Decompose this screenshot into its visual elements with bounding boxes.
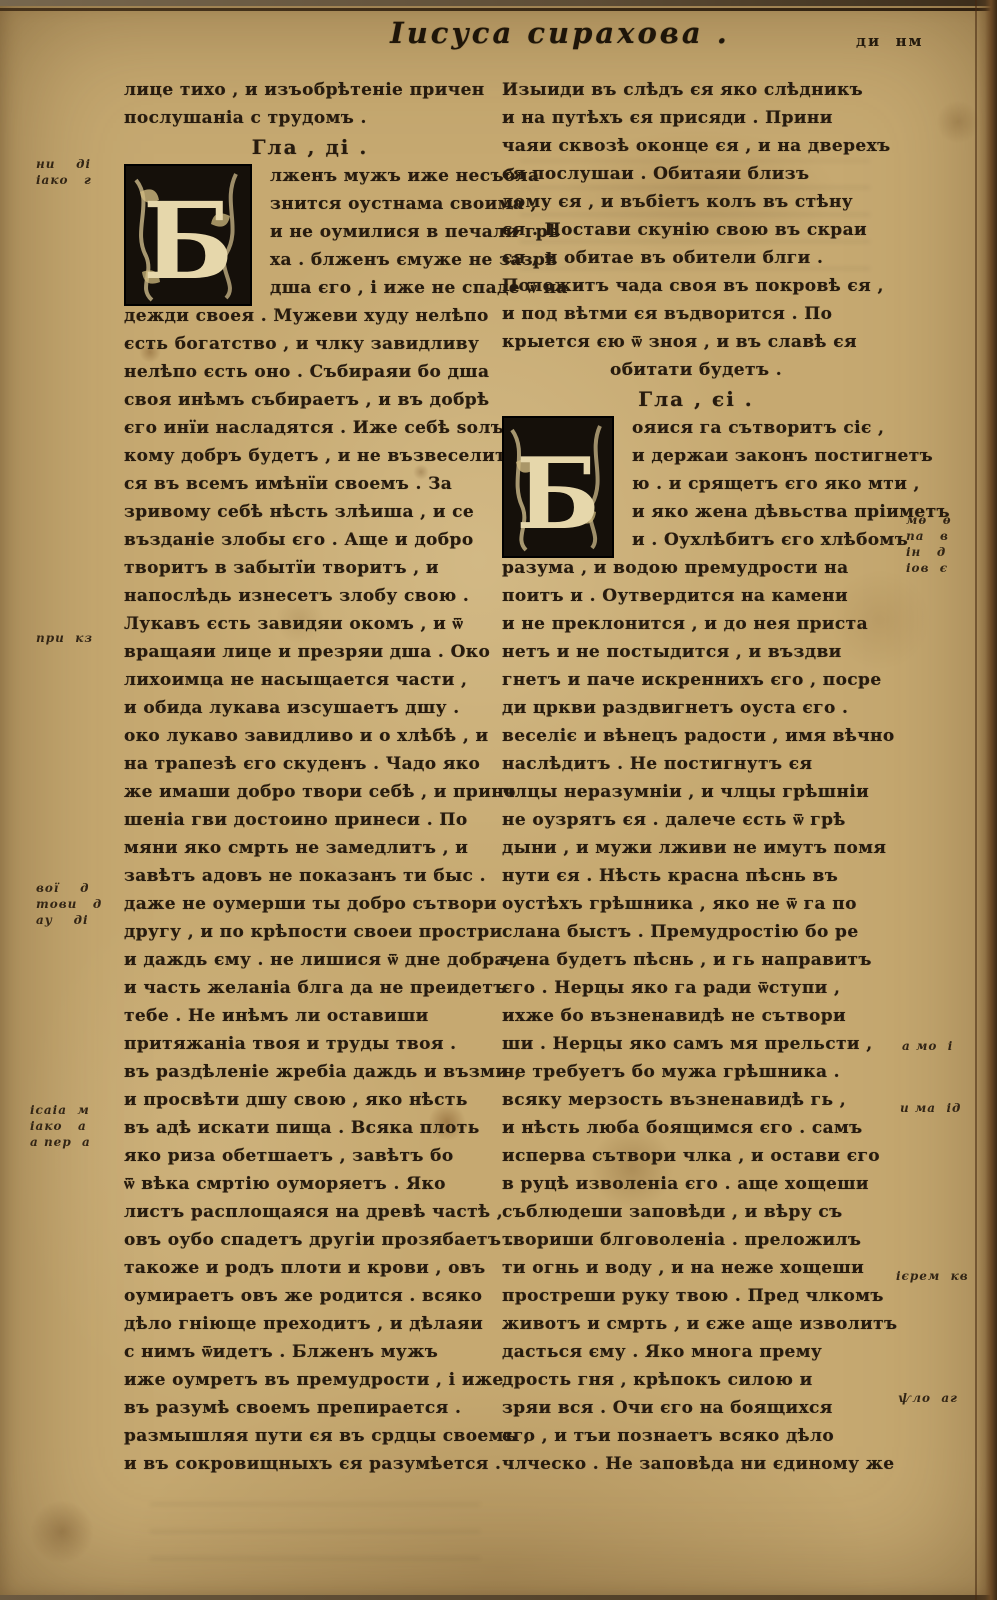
margin-note: ѱло аг <box>898 1390 958 1406</box>
text-line: а пер а <box>30 1134 91 1150</box>
text-line: па в <box>906 528 952 544</box>
margin-note: ни дііако г <box>36 156 92 188</box>
text-line: дыни , и мужи лживи не имутъ помя <box>502 834 890 862</box>
text-line: своя инѣмъ събираетъ , и въ добрѣ <box>124 386 496 414</box>
text-line: и не преклонится , и до нея приста <box>502 610 890 638</box>
text-line: єя , и обитае въ обители блги . <box>502 244 890 272</box>
text-line: тебе . Не инѣмъ ли оставиши <box>124 1002 496 1030</box>
header-rule <box>0 8 997 11</box>
text-line: размышляя пути єя въ срдцы своемъ , <box>124 1422 496 1450</box>
text-line: не требуетъ бо мужа грѣшника . <box>502 1058 890 1086</box>
text-line: и ма ід <box>900 1100 961 1116</box>
text-line: иже оумретъ въ премудрости , і иже <box>124 1366 496 1394</box>
text-line: гнетъ и паче искреннихъ єго , посре <box>502 666 890 694</box>
text-line: зряи вся . Очи єго на боящихся <box>502 1394 890 1422</box>
text-line: въ раздѣленіе жребіа даждь и възми , <box>124 1058 496 1086</box>
text-line: мѳ ѳ <box>906 512 952 528</box>
text-line: ши . Нерцы яко самъ мя прельсти , <box>502 1030 890 1058</box>
right-text-column: Изыиди въ слѣдъ єя яко слѣдникъи на путѣ… <box>502 76 890 1478</box>
scan-bottom-edge <box>0 1595 997 1600</box>
text-line: и на путѣхъ єя присяди . Прини <box>502 104 890 132</box>
text-line: яко риза обетшаетъ , завѣтъ бо <box>124 1142 496 1170</box>
chapter14-closing-line: обитати будетъ . <box>502 356 890 384</box>
text-line: въ разумѣ своемъ препирается . <box>124 1394 496 1422</box>
text-line: и обида лукава изсушаетъ дшу . <box>124 694 496 722</box>
text-line: дрость гня , крѣпокъ силою и <box>502 1366 890 1394</box>
text-line: завѣтъ адовъ не показанъ ти быс . <box>124 862 496 890</box>
text-line: Лукавъ єсть завидяи окомъ , и ѿ <box>124 610 496 638</box>
text-line: и даждь єму . не лишися ѿ дне добра , <box>124 946 496 974</box>
binding-edge <box>975 0 997 1600</box>
text-line: и под вѣтми єя въдворится . По <box>502 300 890 328</box>
text-line: поитъ и . Оутвердится на камени <box>502 582 890 610</box>
text-line: Изыиди въ слѣдъ єя яко слѣдникъ <box>502 76 890 104</box>
chapter-15-body-lines: разума , и водою премудрости напоитъ и .… <box>502 554 890 1478</box>
text-line: нетъ и не постыдится , и въздви <box>502 638 890 666</box>
text-line: наслѣдитъ . Не постигнутъ єя <box>502 750 890 778</box>
text-line: при кз <box>36 630 93 646</box>
text-line: на трапезѣ єго скуденъ . Чадо яко <box>124 750 496 778</box>
text-line: и въ сокровищныхъ єя разумѣется . <box>124 1450 496 1478</box>
text-line: дежди своея . Мужеви худу нелѣпо <box>124 302 496 330</box>
text-line: напослѣдь изнесетъ злобу свою . <box>124 582 496 610</box>
chapter-15-heading: Гла , єі . <box>502 384 890 414</box>
text-line: ау ді <box>36 912 102 928</box>
text-line: простреши руку твою . Пред члкомъ <box>502 1282 890 1310</box>
text-line: лице тихо , и изъобрѣтеніе причен <box>124 76 496 104</box>
folio-signature: ди нм <box>856 32 924 50</box>
text-line: єго инїи насладятся . Иже себѣ ѕолъ <box>124 414 496 442</box>
margin-note: при кз <box>36 630 93 646</box>
text-line: послушаніа с трудомъ . <box>124 104 496 132</box>
text-line: притяжаніа твоя и труды твоя . <box>124 1030 496 1058</box>
chapter-14-opening: Б лженъ мужъ иже несъблазнится оустнама … <box>124 162 496 302</box>
ink-showthrough <box>150 1490 480 1560</box>
text-line: нути єя . Нѣсть красна пѣснь въ <box>502 862 890 890</box>
text-line: дому єя , и въбіетъ колъ въ стѣну <box>502 188 890 216</box>
text-line: Положитъ чада своя въ покровѣ єя , <box>502 272 890 300</box>
chapter-14-lead-lines: лженъ мужъ иже несъблазнится оустнама св… <box>270 162 496 302</box>
margin-note: ієрем кв <box>896 1268 969 1284</box>
text-line: ни ді <box>36 156 92 172</box>
text-line: твориши блговоленіа . преложилъ <box>502 1226 890 1254</box>
text-line: члцы неразумніи , и члцы грѣшніи <box>502 778 890 806</box>
margin-note: ісаіа міако аа пер а <box>30 1102 91 1150</box>
text-line: єя . Постави скунію свою въ скраи <box>502 216 890 244</box>
text-line: въ адѣ искати пища . Всяка плоть <box>124 1114 496 1142</box>
text-line: дѣло гніюще преходитъ , и дѣлаяи <box>124 1310 496 1338</box>
running-title: Іисуса сирахова . <box>200 16 920 50</box>
text-line: с нимъ ѿидетъ . Блженъ мужъ <box>124 1338 496 1366</box>
text-line: оумираетъ овъ же родится . всяко <box>124 1282 496 1310</box>
text-line: и не оумилися в печали грѣ <box>270 218 496 246</box>
text-line: лихоимца не насыщается части , <box>124 666 496 694</box>
woodcut-initial-icon: Б <box>124 164 252 306</box>
text-line: іако г <box>36 172 92 188</box>
text-line: ти огнь и воду , и на неже хощеши <box>502 1254 890 1282</box>
text-line: око лукаво завидливо и о хлѣбѣ , и <box>124 722 496 750</box>
text-line: ієрем кв <box>896 1268 969 1284</box>
text-line: и часть желаніа блга да не преидетъ <box>124 974 496 1002</box>
drop-cap-letter: Б <box>516 437 600 552</box>
text-line: даже не оумерши ты добро сътвори <box>124 890 496 918</box>
text-line: а мо і <box>902 1038 953 1054</box>
text-line: разума , и водою премудрости на <box>502 554 890 582</box>
text-line: лженъ мужъ иже несъбла <box>270 162 496 190</box>
text-line: іако а <box>30 1118 91 1134</box>
text-line: съблюдеши заповѣди , и вѣру съ <box>502 1198 890 1226</box>
text-line: єго . Нерцы яко га ради ѿступи , <box>502 974 890 1002</box>
chapter-15-lead-lines: ояися га сътворитъ сіє ,и держаи законъ … <box>632 414 890 554</box>
text-line: кому добръ будетъ , и не възвеселит <box>124 442 496 470</box>
text-line: чена будетъ пѣснь , и гь направитъ <box>502 946 890 974</box>
text-line: ояися га сътворитъ сіє , <box>632 414 890 442</box>
margin-note: и ма ід <box>900 1100 961 1116</box>
text-line: не оузрятъ єя . далече єсть ѿ грѣ <box>502 806 890 834</box>
text-line: ди цркви раздвигнетъ оуста єго . <box>502 694 890 722</box>
text-line: знится оустнама своима , <box>270 190 496 218</box>
text-line: єя послушаи . Обитаяи близъ <box>502 160 890 188</box>
text-line: іов є <box>906 560 952 576</box>
text-line: ся въ всемъ имѣнїи своемъ . За <box>124 470 496 498</box>
scanned-book-page: Іисуса сирахова . ди нм лице тихо , и из… <box>0 0 997 1600</box>
text-line: и . Оухлѣбитъ єго хлѣбомъ <box>632 526 890 554</box>
text-line: дша єго , і иже не спаде ѿ на <box>270 274 496 302</box>
text-line: слана быстъ . Премудростію бо ре <box>502 918 890 946</box>
margin-note: мѳ ѳпа він діов є <box>906 512 952 576</box>
text-line: крыется єю ѿ зноя , и въ славѣ єя <box>502 328 890 356</box>
margin-note: вої дтови дау ді <box>36 880 102 928</box>
chapter-14-heading: Гла , ді . <box>124 132 496 162</box>
text-line: ісаіа м <box>30 1102 91 1118</box>
text-line: ха . блженъ ємуже не зазрѣ <box>270 246 496 274</box>
text-line: чаяи сквозѣ оконце єя , и на дверехъ <box>502 132 890 160</box>
text-line: дасться єму . Яко многа прему <box>502 1338 890 1366</box>
chapter-15-opening: Б ояися га сътворитъ сіє ,и держаи закон… <box>502 414 890 554</box>
text-line: листъ расплощаяся на древѣ частѣ , <box>124 1198 496 1226</box>
drop-cap-letter: Б <box>143 178 234 303</box>
text-line: исперва сътвори члка , и остави єго <box>502 1142 890 1170</box>
text-line: веселіє и вѣнецъ радости , имя вѣчно <box>502 722 890 750</box>
text-line: и нѣсть люба боящимся єго . самъ <box>502 1114 890 1142</box>
text-line: шеніа гви достоино принеси . По <box>124 806 496 834</box>
scan-top-edge <box>0 0 997 6</box>
chapter-14-body-lines: дежди своея . Мужеви худу нелѣпоєсть бог… <box>124 302 496 1478</box>
text-line: єсть богатство , и члку завидливу <box>124 330 496 358</box>
margin-note: а мо і <box>902 1038 953 1054</box>
text-line: и держаи законъ постигнетъ <box>632 442 890 470</box>
text-line: и просвѣти дшу свою , яко нѣсть <box>124 1086 496 1114</box>
woodcut-initial-icon: Б <box>502 416 614 558</box>
text-line: нелѣпо єсть оно . Събираяи бо дша <box>124 358 496 386</box>
binding-line <box>975 0 977 1600</box>
text-line: оустѣхъ грѣшника , яко не ѿ га по <box>502 890 890 918</box>
text-line: вращаяи лице и презряи дша . Око <box>124 638 496 666</box>
text-line: и яко жена дѣвьства пріиметъ <box>632 498 890 526</box>
text-line: мяни яко смрть не замедлитъ , и <box>124 834 496 862</box>
text-line: єго , и тъи познаетъ всяко дѣло <box>502 1422 890 1450</box>
text-line: другу , и по крѣпости своеи простри <box>124 918 496 946</box>
chapter13-end-lines: лице тихо , и изъобрѣтеніе приченпослуша… <box>124 76 496 132</box>
chapter14-cont-lines: Изыиди въ слѣдъ єя яко слѣдникъи на путѣ… <box>502 76 890 356</box>
text-line: ю . и срящетъ єго яко мти , <box>632 470 890 498</box>
text-line: творитъ в забытїи творитъ , и <box>124 554 496 582</box>
left-text-column: лице тихо , и изъобрѣтеніе приченпослуша… <box>124 76 496 1478</box>
text-line: животъ и смрть , и єже аще изволитъ <box>502 1310 890 1338</box>
text-line: в руцѣ изволеніа єго . аще хощеши <box>502 1170 890 1198</box>
text-line: възданіе злобы єго . Аще и добро <box>124 526 496 554</box>
text-line: ѱло аг <box>898 1390 958 1406</box>
text-line: зривому себѣ нѣсть злѣиша , и се <box>124 498 496 526</box>
text-line: ѿ вѣка смртію оуморяетъ . Яко <box>124 1170 496 1198</box>
text-line: члческо . Не заповѣда ни єдиному же <box>502 1450 890 1478</box>
text-line: тови д <box>36 896 102 912</box>
text-line: ін д <box>906 544 952 560</box>
text-line: овъ оубо спадетъ другіи прозябаетъ . <box>124 1226 496 1254</box>
text-line: всяку мерзость възненавидѣ гь , <box>502 1086 890 1114</box>
text-line: же имаши добро твори себѣ , и прино <box>124 778 496 806</box>
text-line: такоже и родъ плоти и крови , овъ <box>124 1254 496 1282</box>
text-line: вої д <box>36 880 102 896</box>
text-line: ихже бо възненавидѣ не сътвори <box>502 1002 890 1030</box>
